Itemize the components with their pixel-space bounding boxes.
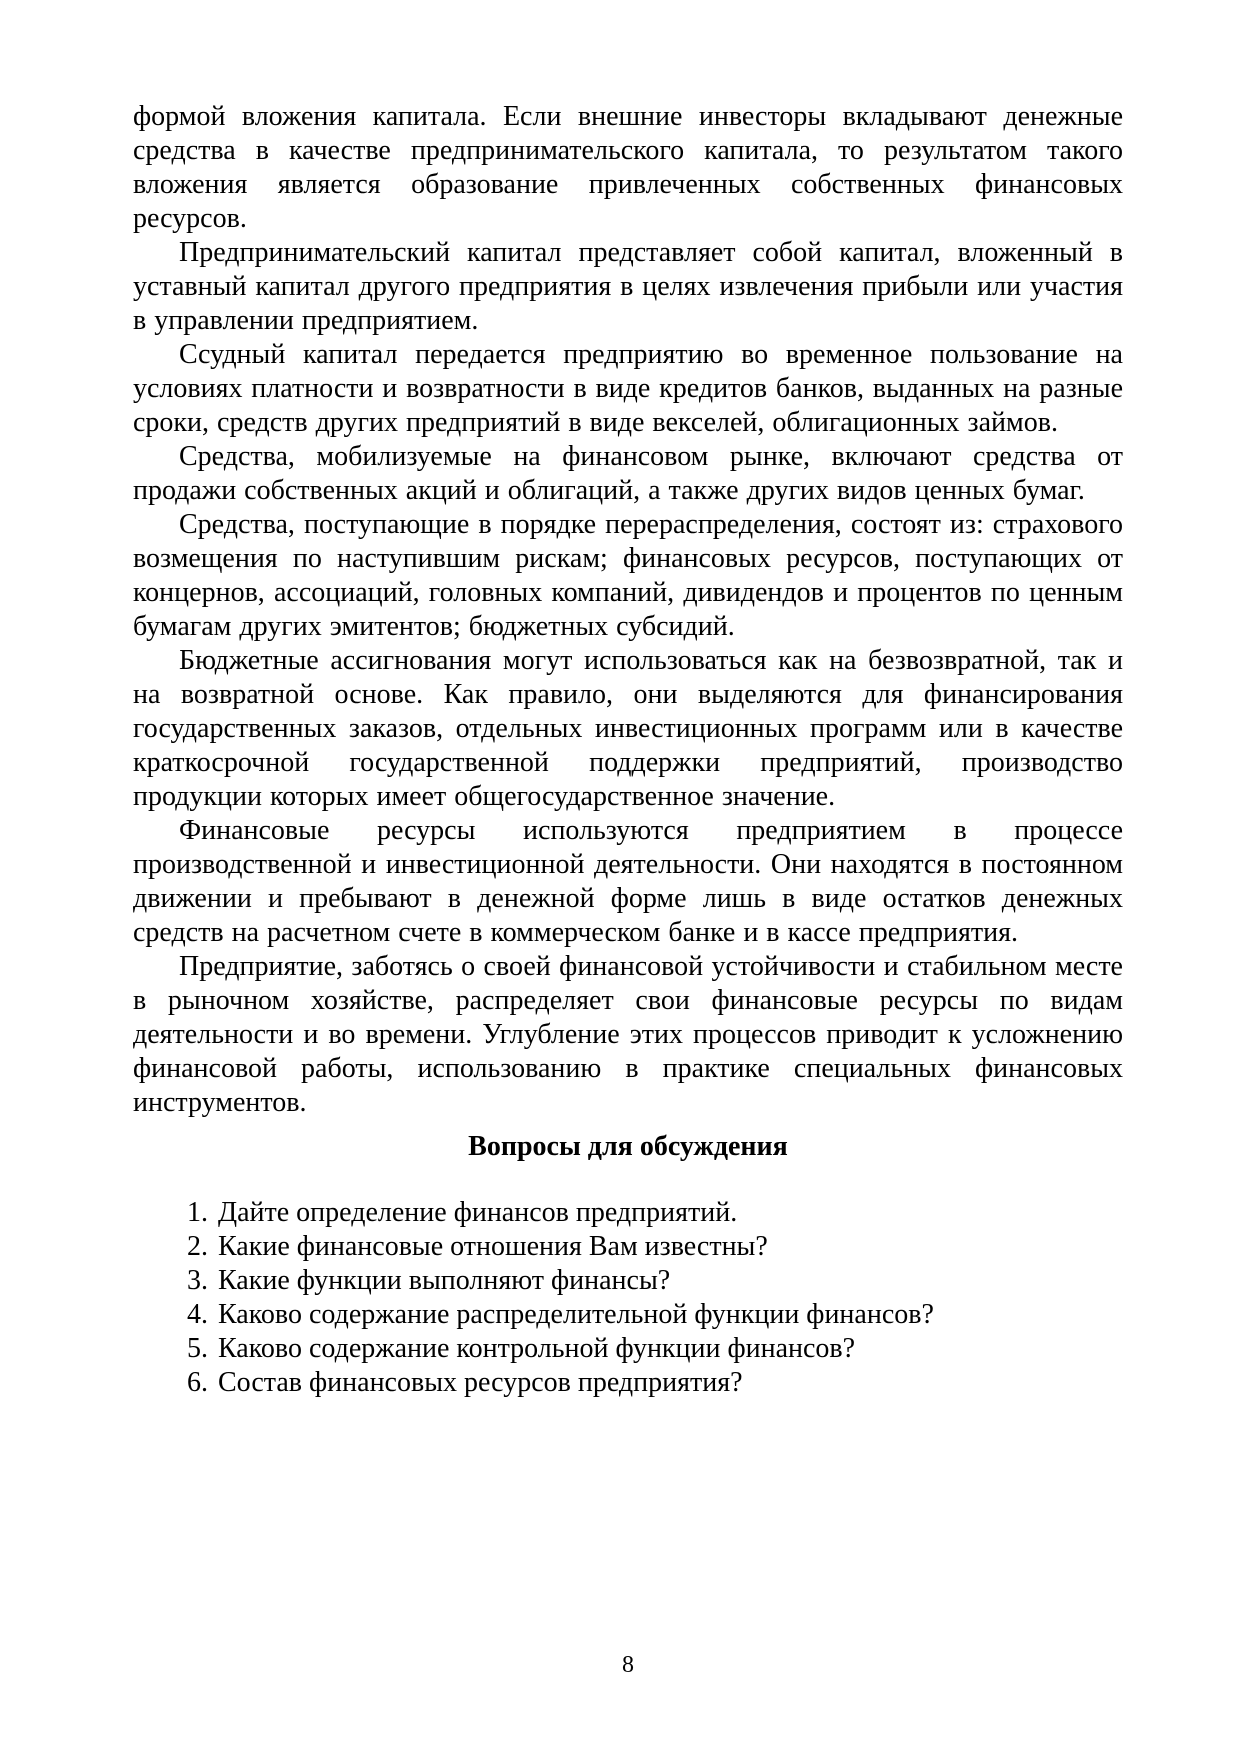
- question-item: 2.Какие финансовые отношения Вам известн…: [187, 1230, 1123, 1264]
- body-paragraph: Предпринимательский капитал представляет…: [133, 236, 1123, 338]
- question-number: 3.: [187, 1265, 208, 1296]
- body-paragraph: Предприятие, заботясь о своей финансовой…: [133, 950, 1123, 1120]
- body-paragraph: Средства, мобилизуемые на финансовом рын…: [133, 440, 1123, 508]
- body-paragraph: Финансовые ресурсы используются предприя…: [133, 814, 1123, 950]
- text-block: формой вложения капитала. Если внешние и…: [133, 100, 1123, 1400]
- questions-list: 1.Дайте определение финансов предприятий…: [133, 1196, 1123, 1400]
- question-text: Дайте определение финансов предприятий.: [218, 1197, 737, 1228]
- body-paragraph: Ссудный капитал передается предприятию в…: [133, 338, 1123, 440]
- question-text: Каково содержание распределительной функ…: [218, 1299, 934, 1330]
- question-item: 5.Каково содержание контрольной функции …: [187, 1332, 1123, 1366]
- body-paragraph: Средства, поступающие в порядке перерасп…: [133, 508, 1123, 644]
- question-number: 6.: [187, 1367, 208, 1398]
- question-text: Каково содержание контрольной функции фи…: [218, 1333, 855, 1364]
- question-text: Состав финансовых ресурсов предприятия?: [218, 1367, 743, 1398]
- body-paragraph: формой вложения капитала. Если внешние и…: [133, 100, 1123, 236]
- body-paragraph: Бюджетные ассигнования могут использоват…: [133, 644, 1123, 814]
- question-item: 1.Дайте определение финансов предприятий…: [187, 1196, 1123, 1230]
- document-page: формой вложения капитала. Если внешние и…: [0, 0, 1240, 1755]
- question-item: 4.Каково содержание распределительной фу…: [187, 1298, 1123, 1332]
- section-heading: Вопросы для обсуждения: [133, 1127, 1123, 1167]
- question-text: Какие финансовые отношения Вам известны?: [218, 1231, 768, 1262]
- question-text: Какие функции выполняют финансы?: [218, 1265, 670, 1296]
- question-number: 1.: [187, 1197, 208, 1228]
- question-item: 3.Какие функции выполняют финансы?: [187, 1264, 1123, 1298]
- question-number: 4.: [187, 1299, 208, 1330]
- question-number: 2.: [187, 1231, 208, 1262]
- question-number: 5.: [187, 1333, 208, 1364]
- page-number: 8: [133, 1650, 1123, 1680]
- question-item: 6.Состав финансовых ресурсов предприятия…: [187, 1366, 1123, 1400]
